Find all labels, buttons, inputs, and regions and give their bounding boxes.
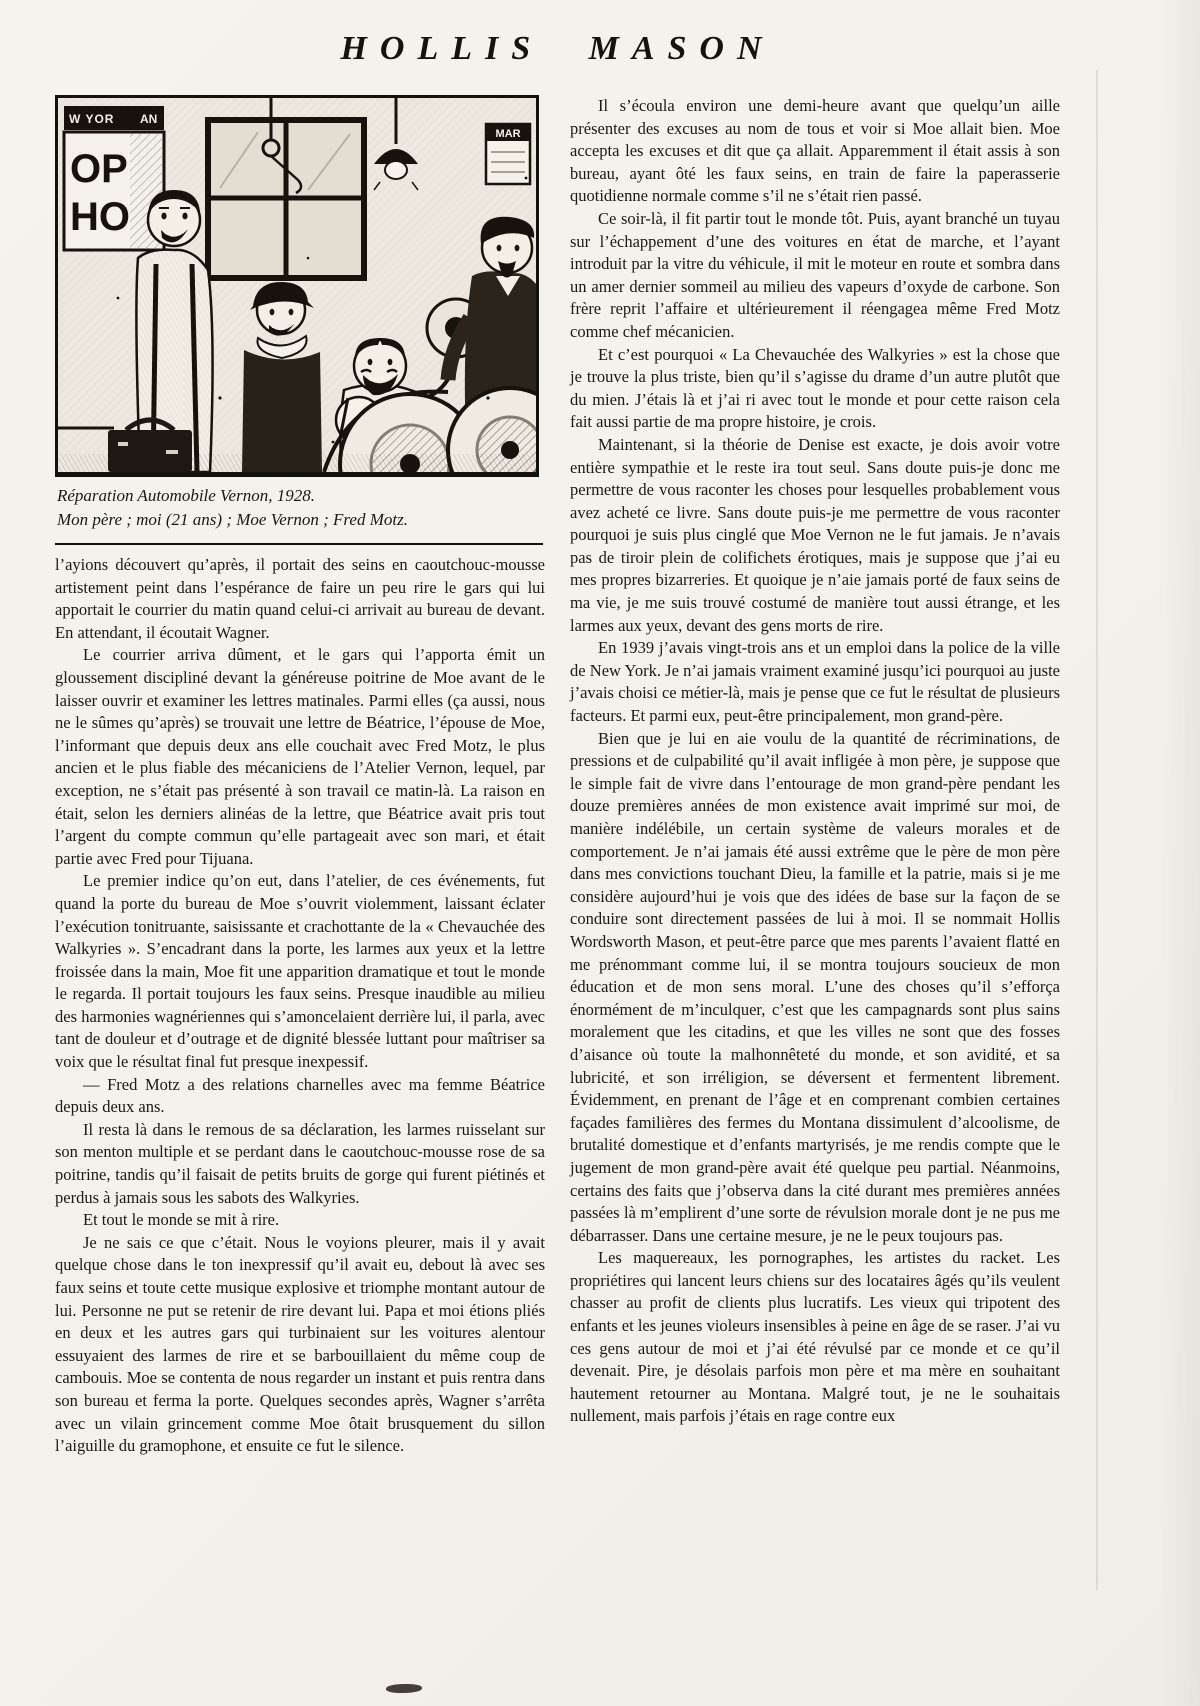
right-column: Il s’écoula environ une demi-heure avant… [570, 95, 1060, 1458]
garage-photo-illustration: W YOR AN OP HO [55, 95, 539, 477]
paragraph: Il s’écoula environ une demi-heure avant… [570, 95, 1060, 208]
wall-calendar: MAR [486, 124, 530, 184]
paragraph: Bien que je lui en aie voulu de la quant… [570, 728, 1060, 1248]
paragraph: Je ne sais ce que c’était. Nous le voyio… [55, 1232, 545, 1458]
paragraph: En 1939 j’avais vingt-trois ans et un em… [570, 637, 1060, 727]
paragraph: Et c’est pourquoi « La Chevauchée des Wa… [570, 344, 1060, 434]
garage-window [208, 120, 364, 278]
paragraph: Et tout le monde se mit à rire. [55, 1209, 545, 1232]
calendar-month-label: MAR [495, 128, 520, 140]
paragraph: Le courrier arriva dûment, et le gars qu… [55, 644, 545, 870]
paragraph: Le premier indice qu’on eut, dans l’atel… [55, 870, 545, 1073]
poster-strip-text: W YOR [69, 112, 114, 126]
figure-caption: Réparation Automobile Vernon, 1928. Mon … [57, 484, 545, 532]
caption-line-2: Mon père ; moi (21 ans) ; Moe Vernon ; F… [57, 508, 545, 532]
paragraph: Les maquereaux, les pornographes, les ar… [570, 1247, 1060, 1428]
scan-edge-shading [1160, 0, 1200, 1706]
scan-ink-smudge [386, 1684, 422, 1693]
garage-illustration-svg: W YOR AN OP HO [58, 98, 536, 472]
caption-line-1: Réparation Automobile Vernon, 1928. [57, 484, 545, 508]
floor-shading [58, 454, 536, 472]
poster-strip-text-2: AN [140, 112, 157, 126]
page-title: HOLLIS MASON [55, 30, 1060, 68]
scan-fold-artifact [1096, 70, 1098, 1590]
paragraph: — Fred Motz a des relations charnelles a… [55, 1074, 545, 1119]
paragraph: Ce soir-là, il fit partir tout le monde … [570, 208, 1060, 344]
caption-divider-rule [55, 543, 543, 545]
poster-big-text-1: OP [70, 147, 128, 191]
left-column-text: l’ayions découvert qu’après, il portait … [55, 554, 545, 1458]
left-column: W YOR AN OP HO [55, 95, 545, 1458]
paragraph: Il resta là dans le remous de sa déclara… [55, 1119, 545, 1209]
paragraph: Maintenant, si la théorie de Denise est … [570, 434, 1060, 637]
poster-big-text-2: HO [70, 195, 130, 239]
text-columns: W YOR AN OP HO [55, 95, 1060, 1458]
paragraph: l’ayions découvert qu’après, il portait … [55, 554, 545, 644]
book-page: HOLLIS MASON [0, 0, 1200, 1706]
